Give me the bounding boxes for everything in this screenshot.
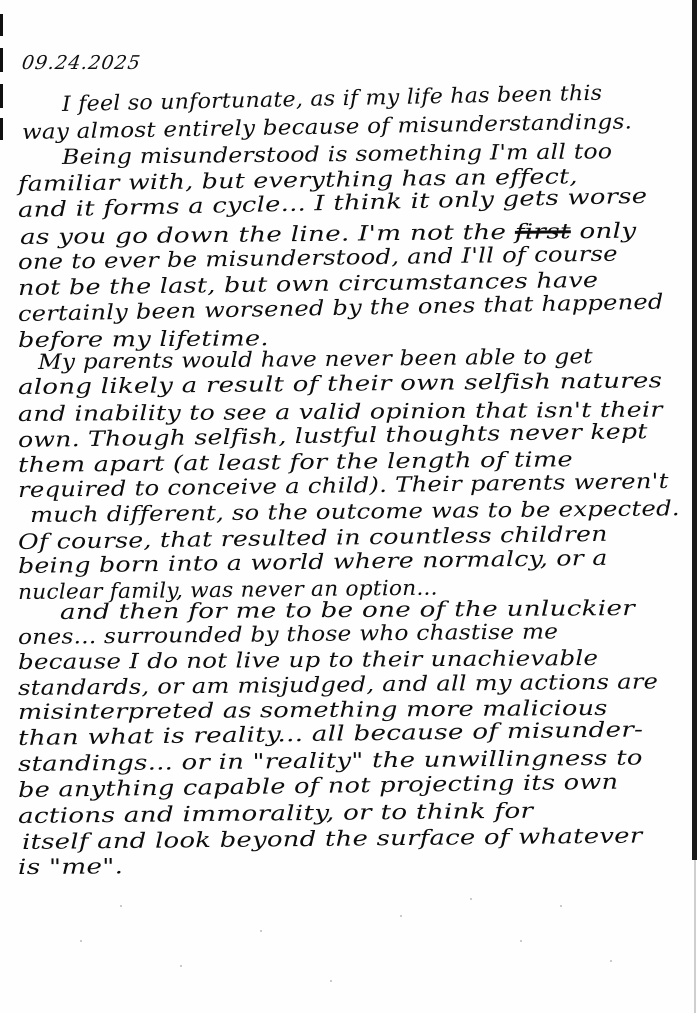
journal-page: 09.24.2025 I feel so unfortunate, as if …: [0, 0, 697, 1013]
entry-line: because I do not live up to their unachi…: [18, 646, 598, 674]
scan-speckle: [120, 905, 122, 907]
entry-line: ones... surrounded by those who chastise…: [18, 619, 558, 649]
entry-date: 09.24.2025: [20, 52, 142, 74]
scan-right-edge: [692, 0, 697, 860]
scan-edge-marks: [0, 0, 4, 1013]
entry-line: is "me".: [18, 854, 123, 879]
scan-speckle: [470, 898, 472, 900]
scan-speckle: [560, 905, 562, 907]
entry-line: itself and look beyond the surface of wh…: [22, 824, 643, 854]
scan-speckle: [400, 915, 402, 917]
scan-speckle: [180, 965, 182, 967]
scan-speckle: [610, 960, 612, 962]
scan-speckle: [260, 930, 262, 932]
scan-speckle: [80, 940, 82, 942]
entry-line: actions and immorality, or to think for: [18, 799, 534, 828]
struck-out-word: first: [515, 219, 571, 244]
scan-speckle: [520, 940, 522, 942]
scan-right-edge-lower: [694, 860, 696, 1013]
scan-speckle: [330, 980, 332, 982]
